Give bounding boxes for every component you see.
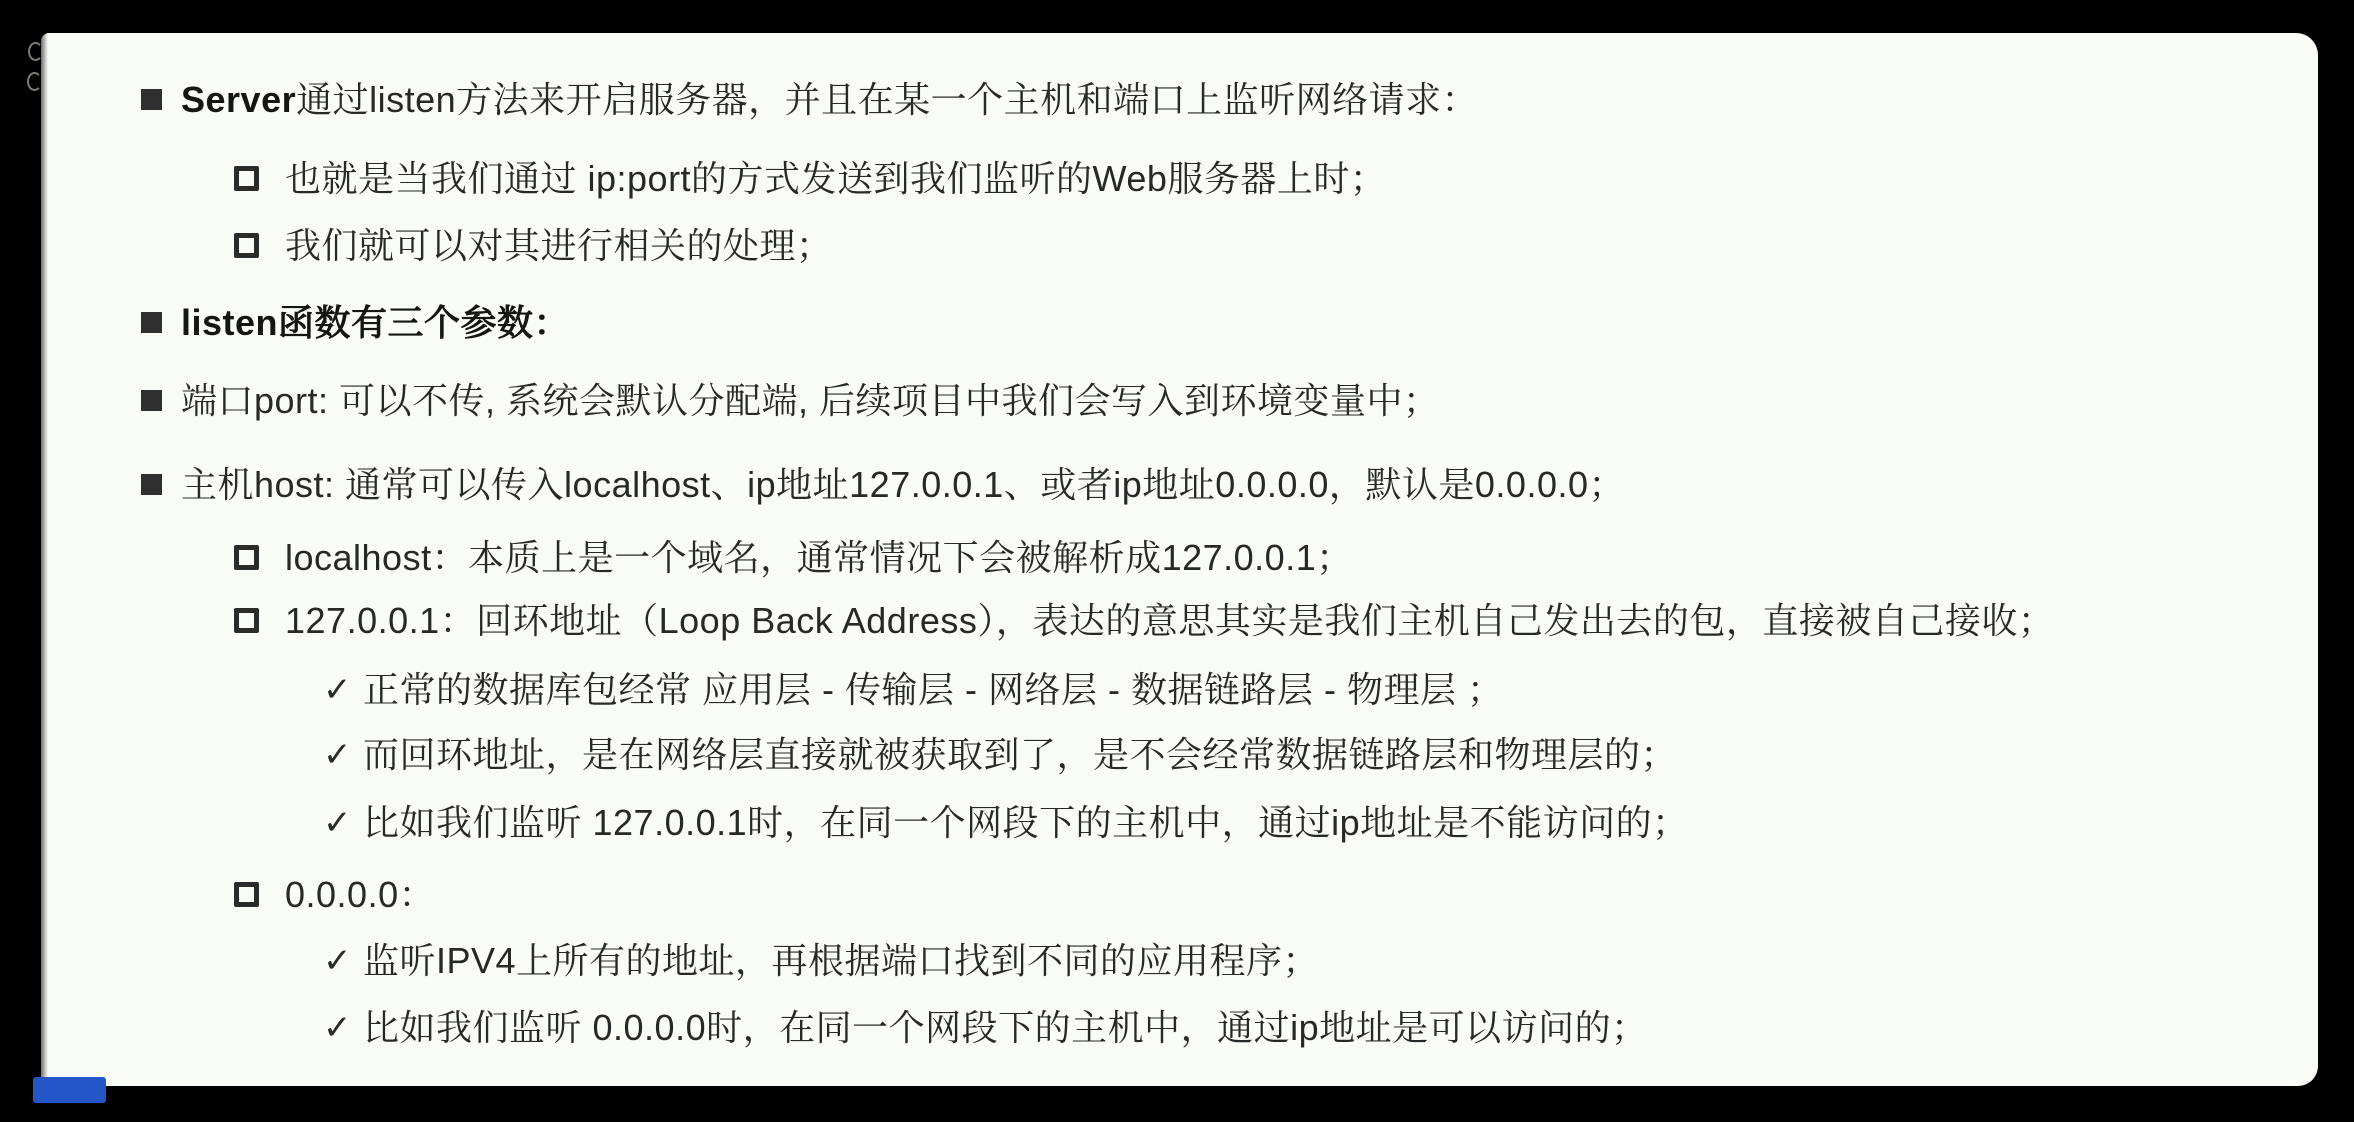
bullet-item-host: 主机host: 通常可以传入localhost、ip地址127.0.0.1、或者… [41,461,2288,509]
check-item-0000-accessible: ✓ 比如我们监听 0.0.0.0时，在同一个网段下的主机中，通过ip地址是可以访… [41,1004,2288,1052]
filled-square-bullet-icon [141,474,162,495]
hollow-square-bullet-icon [234,545,259,570]
check-icon: ✓ [323,1004,351,1052]
bullet-item-ip-port: 也就是当我们通过 ip:port的方式发送到我们监听的Web服务器上时； [41,155,2288,203]
bullet-text: 比如我们监听 127.0.0.1时，在同一个网段下的主机中，通过ip地址是不能访… [363,799,1689,847]
check-icon: ✓ [323,666,351,714]
bullet-text: 端口port: 可以不传, 系统会默认分配端, 后续项目中我们会写入到环境变量中… [181,377,1440,425]
bullet-text: 也就是当我们通过 ip:port的方式发送到我们监听的Web服务器上时； [285,155,1386,203]
hollow-square-bullet-icon [234,166,259,191]
bullet-text: 正常的数据库包经常 应用层 - 传输层 - 网络层 - 数据链路层 - 物理层 … [363,666,1503,714]
bullet-text-rest: 通过listen方法来开启服务器，并且在某一个主机和端口上监听网络请求： [296,79,1478,120]
bullet-text: 主机host: 通常可以传入localhost、ip地址127.0.0.1、或者… [181,461,1625,509]
check-icon: ✓ [323,731,351,779]
bullet-item-server-listen: Server通过listen方法来开启服务器，并且在某一个主机和端口上监听网络请… [41,76,2288,124]
bullet-text: 监听IPV4上所有的地址，再根据端口找到不同的应用程序； [363,937,1319,985]
bullet-text: 比如我们监听 0.0.0.0时，在同一个网段下的主机中，通过ip地址是可以访问的… [363,1004,1648,1052]
filled-square-bullet-icon [141,89,162,110]
check-icon: ✓ [323,799,351,847]
slide-content-panel: Server通过listen方法来开启服务器，并且在某一个主机和端口上监听网络请… [41,33,2318,1086]
bullet-text: Server通过listen方法来开启服务器，并且在某一个主机和端口上监听网络请… [181,76,1478,124]
bullet-text: listen函数有三个参数： [181,299,570,347]
filled-square-bullet-icon [141,390,162,411]
bullet-item-0000: 0.0.0.0： [41,871,2288,919]
bullet-item-port: 端口port: 可以不传, 系统会默认分配端, 后续项目中我们会写入到环境变量中… [41,377,2288,425]
bullet-text-bold: Server [181,79,296,120]
check-item-loopback-network-layer: ✓ 而回环地址，是在网络层直接就被获取到了，是不会经常数据链路层和物理层的； [41,731,2288,779]
check-icon: ✓ [323,937,351,985]
filled-square-bullet-icon [141,312,162,333]
bullet-text: 我们就可以对其进行相关的处理； [285,222,833,270]
bullet-item-loopback: 127.0.0.1：回环地址（Loop Back Address），表达的意思其… [41,597,2288,645]
hollow-square-bullet-icon [234,233,259,258]
bullet-item-handle-request: 我们就可以对其进行相关的处理； [41,222,2288,270]
bullet-item-listen-params: listen函数有三个参数： [41,299,2288,347]
blue-accent-bar [33,1077,106,1103]
hollow-square-bullet-icon [234,608,259,633]
hollow-square-bullet-icon [234,882,259,907]
video-edge-artifact [27,72,42,91]
check-item-127-not-accessible: ✓ 比如我们监听 127.0.0.1时，在同一个网段下的主机中，通过ip地址是不… [41,799,2288,847]
bullet-text: 而回环地址，是在网络层直接就被获取到了，是不会经常数据链路层和物理层的； [363,731,1677,779]
bullet-item-localhost: localhost：本质上是一个域名，通常情况下会被解析成127.0.0.1； [41,534,2288,582]
check-item-ipv4-all: ✓ 监听IPV4上所有的地址，再根据端口找到不同的应用程序； [41,937,2288,985]
bullet-text: localhost：本质上是一个域名，通常情况下会被解析成127.0.0.1； [285,534,1353,582]
bullet-text: 127.0.0.1：回环地址（Loop Back Address），表达的意思其… [285,597,2054,645]
page-background: { "page": { "background_color": "#000000… [0,0,2354,1122]
check-item-layers: ✓ 正常的数据库包经常 应用层 - 传输层 - 网络层 - 数据链路层 - 物理… [41,666,2288,714]
bullet-text: 0.0.0.0： [285,871,435,919]
